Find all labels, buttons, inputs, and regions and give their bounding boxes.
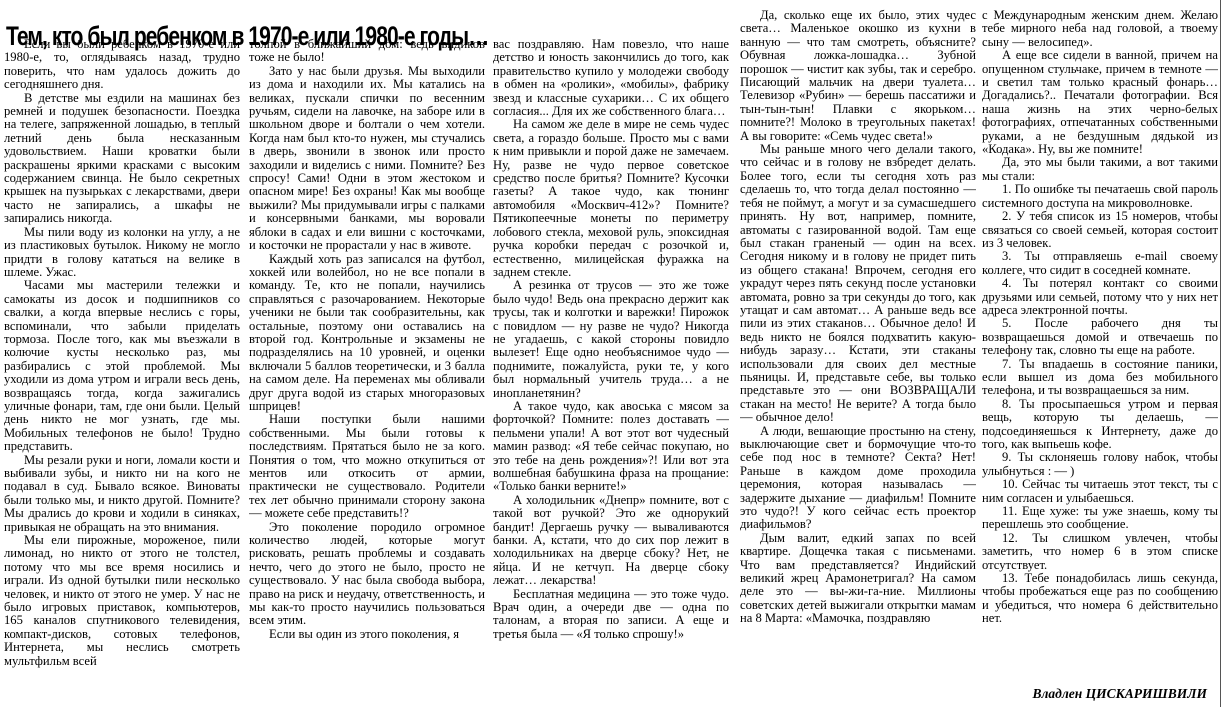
- paragraph: А люди, вешающие простыню на стену, выкл…: [740, 425, 976, 532]
- article-column-4: Да, сколько еще их было, этих чудес свет…: [740, 9, 976, 707]
- paragraph: Мы резали руки и ноги, ломали кости и вы…: [4, 454, 240, 534]
- list-item: 1. По ошибке ты печатаешь свой пароль си…: [982, 183, 1218, 210]
- article-column-3: вас поздравляю. Нам повезло, что наше де…: [493, 38, 729, 707]
- paragraph: с Международным женским днем. Желаю тебе…: [982, 9, 1218, 49]
- paragraph: Это поколение породило огромное количест…: [249, 521, 485, 628]
- paragraph: Каждый хоть раз записался на футбол, хок…: [249, 253, 485, 414]
- paragraph: Мы пили воду из колонки на углу, а не из…: [4, 226, 240, 280]
- list-item: 11. Еще хуже: ты уже знаешь, кому ты пер…: [982, 505, 1218, 532]
- list-item: 9. Ты склоняешь голову набок, чтобы улыб…: [982, 451, 1218, 478]
- list-item: 4. Ты потерял контакт со своими друзьями…: [982, 277, 1218, 317]
- paragraph: Бесплатная медицина — это тоже чудо. Вра…: [493, 588, 729, 642]
- list-item: 12. Ты слишком увлечен, чтобы заметить, …: [982, 532, 1218, 572]
- paragraph: Если вы один из этого поколения, я: [249, 628, 485, 641]
- article-column-1: Если вы были ребенком в 1970-е или 1980-…: [4, 38, 240, 707]
- paragraph: Часами мы мастерили тележки и самокаты и…: [4, 279, 240, 453]
- list-item: 8. Ты просыпаешься утром и первая вещь, …: [982, 398, 1218, 452]
- paragraph: толпой в ближайший дом: ведь видиков тож…: [249, 38, 485, 65]
- article-column-5: с Международным женским днем. Желаю тебе…: [982, 9, 1218, 669]
- paragraph: А резинка от трусов — это же тоже было ч…: [493, 279, 729, 400]
- paragraph: Да, это мы были такими, а вот такими мы …: [982, 156, 1218, 183]
- list-item: 2. У тебя список из 15 номеров, чтобы св…: [982, 210, 1218, 250]
- paragraph: Зато у нас были друзья. Мы выходили из д…: [249, 65, 485, 253]
- paragraph: Мы ели пирожные, мороженое, пили лимонад…: [4, 534, 240, 668]
- paragraph: В детстве мы ездили на машинах без ремне…: [4, 92, 240, 226]
- article-column-2: толпой в ближайший дом: ведь видиков тож…: [249, 38, 485, 707]
- list-item: 3. Ты отправляешь e-mail своему коллеге,…: [982, 250, 1218, 277]
- paragraph: А такое чудо, как авоська с мясом за фор…: [493, 400, 729, 494]
- list-item: 10. Сейчас ты читаешь этот текст, ты с н…: [982, 478, 1218, 505]
- paragraph: Да, сколько еще их было, этих чудес свет…: [740, 9, 976, 143]
- paragraph: А холодильник «Днепр» помните, вот с так…: [493, 494, 729, 588]
- paragraph: А еще все сидели в ванной, причем на опу…: [982, 49, 1218, 156]
- paragraph: Если вы были ребенком в 1970-е или 1980-…: [4, 38, 240, 92]
- list-item: 5. После рабочего дня ты возвращаешься д…: [982, 317, 1218, 357]
- author-signature: Владлен ЦИСКАРИШВИЛИ: [1032, 686, 1207, 702]
- paragraph: Наши поступки были нашими собственными. …: [249, 413, 485, 520]
- paragraph: Дым валит, едкий запах по всей квартире.…: [740, 532, 976, 626]
- paragraph: вас поздравляю. Нам повезло, что наше де…: [493, 38, 729, 118]
- paragraph: Мы раньше много чего делали такого, что …: [740, 143, 976, 425]
- paragraph: На самом же деле в мире не семь чудес св…: [493, 118, 729, 279]
- list-item: 7. Ты впадаешь в состояние паники, если …: [982, 358, 1218, 398]
- list-item: 13. Тебе понадобилась лишь секунда, чтоб…: [982, 572, 1218, 626]
